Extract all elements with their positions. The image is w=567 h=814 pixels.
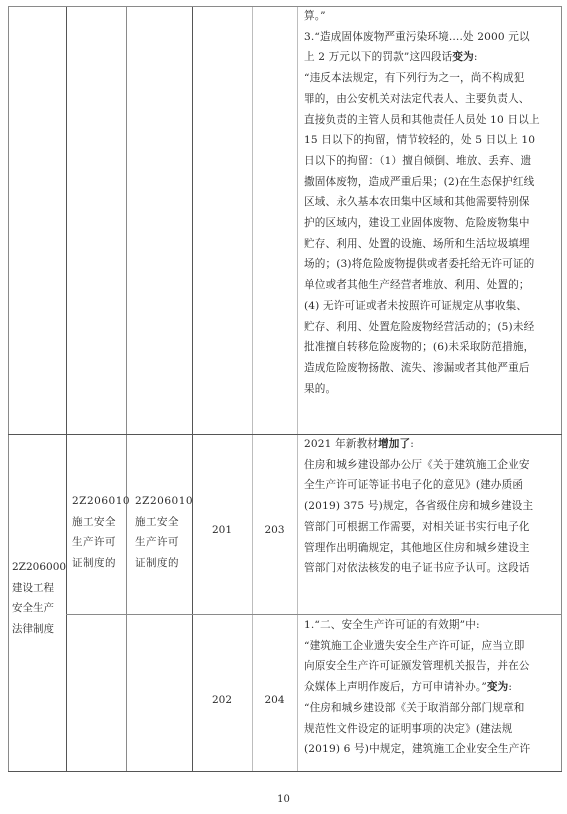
text-line: “住房和城乡建设部《关于取消部分部门规章和	[304, 698, 556, 719]
text-line: 单位或者其他生产经营者堆放、利用、处置的；	[304, 275, 556, 296]
old-item-line: 施工安全	[72, 512, 126, 533]
text-line: 算。”	[304, 6, 556, 27]
text-line: 1.“二、安全生产许可证的有效期”中:	[304, 615, 556, 636]
text-line: “违反本法规定，有下列行为之一，尚不构成犯	[304, 68, 556, 89]
table-border-right	[561, 6, 562, 772]
emphasis: 变为	[487, 681, 509, 693]
text-line: (4) 无许可证或者未按照许可证规定从事收集、	[304, 296, 556, 317]
text-line: 撒固体废物，造成严重后果；(2)在生态保护红线	[304, 172, 556, 193]
change-description-row1: 算。”3.“造成固体废物严重污染环境....处 2000 元以上 2 万元以下的…	[304, 6, 556, 399]
new-item-line: 2Z206010	[135, 491, 189, 512]
text-line: 规范性文件设定的证明事项的决定》(建法规	[304, 719, 556, 740]
column-divider	[126, 6, 127, 772]
text-line: 区域、永久基本农田集中区域和其他需要特别保	[304, 192, 556, 213]
old-item-line: 证制度的	[72, 553, 126, 574]
change-description-row2: 2021 年新教材增加了:住房和城乡建设部办公厅《关于建筑施工企业安全生产许可证…	[304, 434, 556, 579]
text-line: 批准擅自转移危险废物的；(6)未采取防范措施，	[304, 337, 556, 358]
page-number: 10	[0, 794, 567, 805]
text-line: 日以下的拘留：（1）擅自倾倒、堆放、丢弃、遗	[304, 151, 556, 172]
text-line: 罪的，由公安机关对法定代表人、主要负责人、	[304, 89, 556, 110]
new-item-cell: 2Z206010 施工安全 生产许可 证制度的	[135, 491, 189, 573]
old-item-cell: 2Z206010 施工安全 生产许可 证制度的	[72, 491, 126, 573]
text-line: (2019) 375 号)规定，各省级住房和城乡建设主	[304, 496, 556, 517]
table-border-left	[8, 6, 9, 772]
section-title-line: 法律制度	[12, 619, 66, 640]
text-line: 管理作出明确规定，其他地区住房和城乡建设主	[304, 538, 556, 559]
text-line: 2021 年新教材增加了:	[304, 434, 556, 455]
change-description-row3: 1.“二、安全生产许可证的有效期”中:“建筑施工企业遗失安全生产许可证，应当立即…	[304, 615, 556, 760]
section-title-line: 安全生产	[12, 598, 66, 619]
text-line: 果的。	[304, 379, 556, 400]
text-line: 管部门可根据工作需要，对相关证书实行电子化	[304, 517, 556, 538]
new-item-line: 施工安全	[135, 512, 189, 533]
new-page-number: 204	[252, 694, 297, 706]
new-page-number: 203	[252, 524, 297, 536]
text-line: 众媒体上声明作废后，方可申请补办。”变为:	[304, 677, 556, 698]
old-page-number: 202	[192, 694, 252, 706]
column-divider	[192, 6, 193, 772]
column-divider	[66, 6, 67, 772]
section-code: 2Z206000	[12, 557, 66, 578]
new-item-line: 生产许可	[135, 532, 189, 553]
text-line: 贮存、利用、处置危险废物经营活动的；(5)未经	[304, 317, 556, 338]
text-line: 贮存、利用、处置的设施、场所和生活垃圾填埋	[304, 234, 556, 255]
text-line: 场的；(3)将危险废物提供或者委托给无许可证的	[304, 254, 556, 275]
text-line: 直接负责的主管人员和其他责任人员处 10 日以上	[304, 110, 556, 131]
text-line: (2019) 6 号)中规定，建筑施工企业安全生产许	[304, 739, 556, 760]
old-item-line: 2Z206010	[72, 491, 126, 512]
text-line: 向原安全生产许可证颁发管理机关报告，并在公	[304, 656, 556, 677]
emphasis: 变为	[452, 51, 474, 63]
section-cell: 2Z206000 建设工程 安全生产 法律制度	[12, 557, 66, 639]
table-border-bottom	[8, 771, 562, 772]
text-line: 造成危险废物扬散、流失、渗漏或者其他严重后	[304, 358, 556, 379]
text-line: “建筑施工企业遗失安全生产许可证，应当立即	[304, 636, 556, 657]
emphasis: 增加了	[378, 438, 410, 450]
text-line: 15 日以下的拘留，情节较轻的，处 5 日以上 10	[304, 130, 556, 151]
old-page-number: 201	[192, 524, 252, 536]
text-line: 3.“造成固体废物严重污染环境....处 2000 元以	[304, 27, 556, 48]
column-divider	[252, 6, 253, 772]
text-line: 管部门对依法核发的电子证书应予认可。这段话	[304, 558, 556, 579]
old-item-line: 生产许可	[72, 532, 126, 553]
text-line: 全生产许可证等证书电子化的意见》(建办质函	[304, 475, 556, 496]
text-line: 护的区域内，建设工业固体废物、危险废物集中	[304, 213, 556, 234]
column-divider	[297, 6, 298, 772]
new-item-line: 证制度的	[135, 553, 189, 574]
comparison-table: 算。”3.“造成固体废物严重污染环境....处 2000 元以上 2 万元以下的…	[8, 6, 562, 772]
text-line: 住房和城乡建设部办公厅《关于建筑施工企业安	[304, 455, 556, 476]
text-line: 上 2 万元以下的罚款”这四段话变为:	[304, 47, 556, 68]
section-title-line: 建设工程	[12, 578, 66, 599]
